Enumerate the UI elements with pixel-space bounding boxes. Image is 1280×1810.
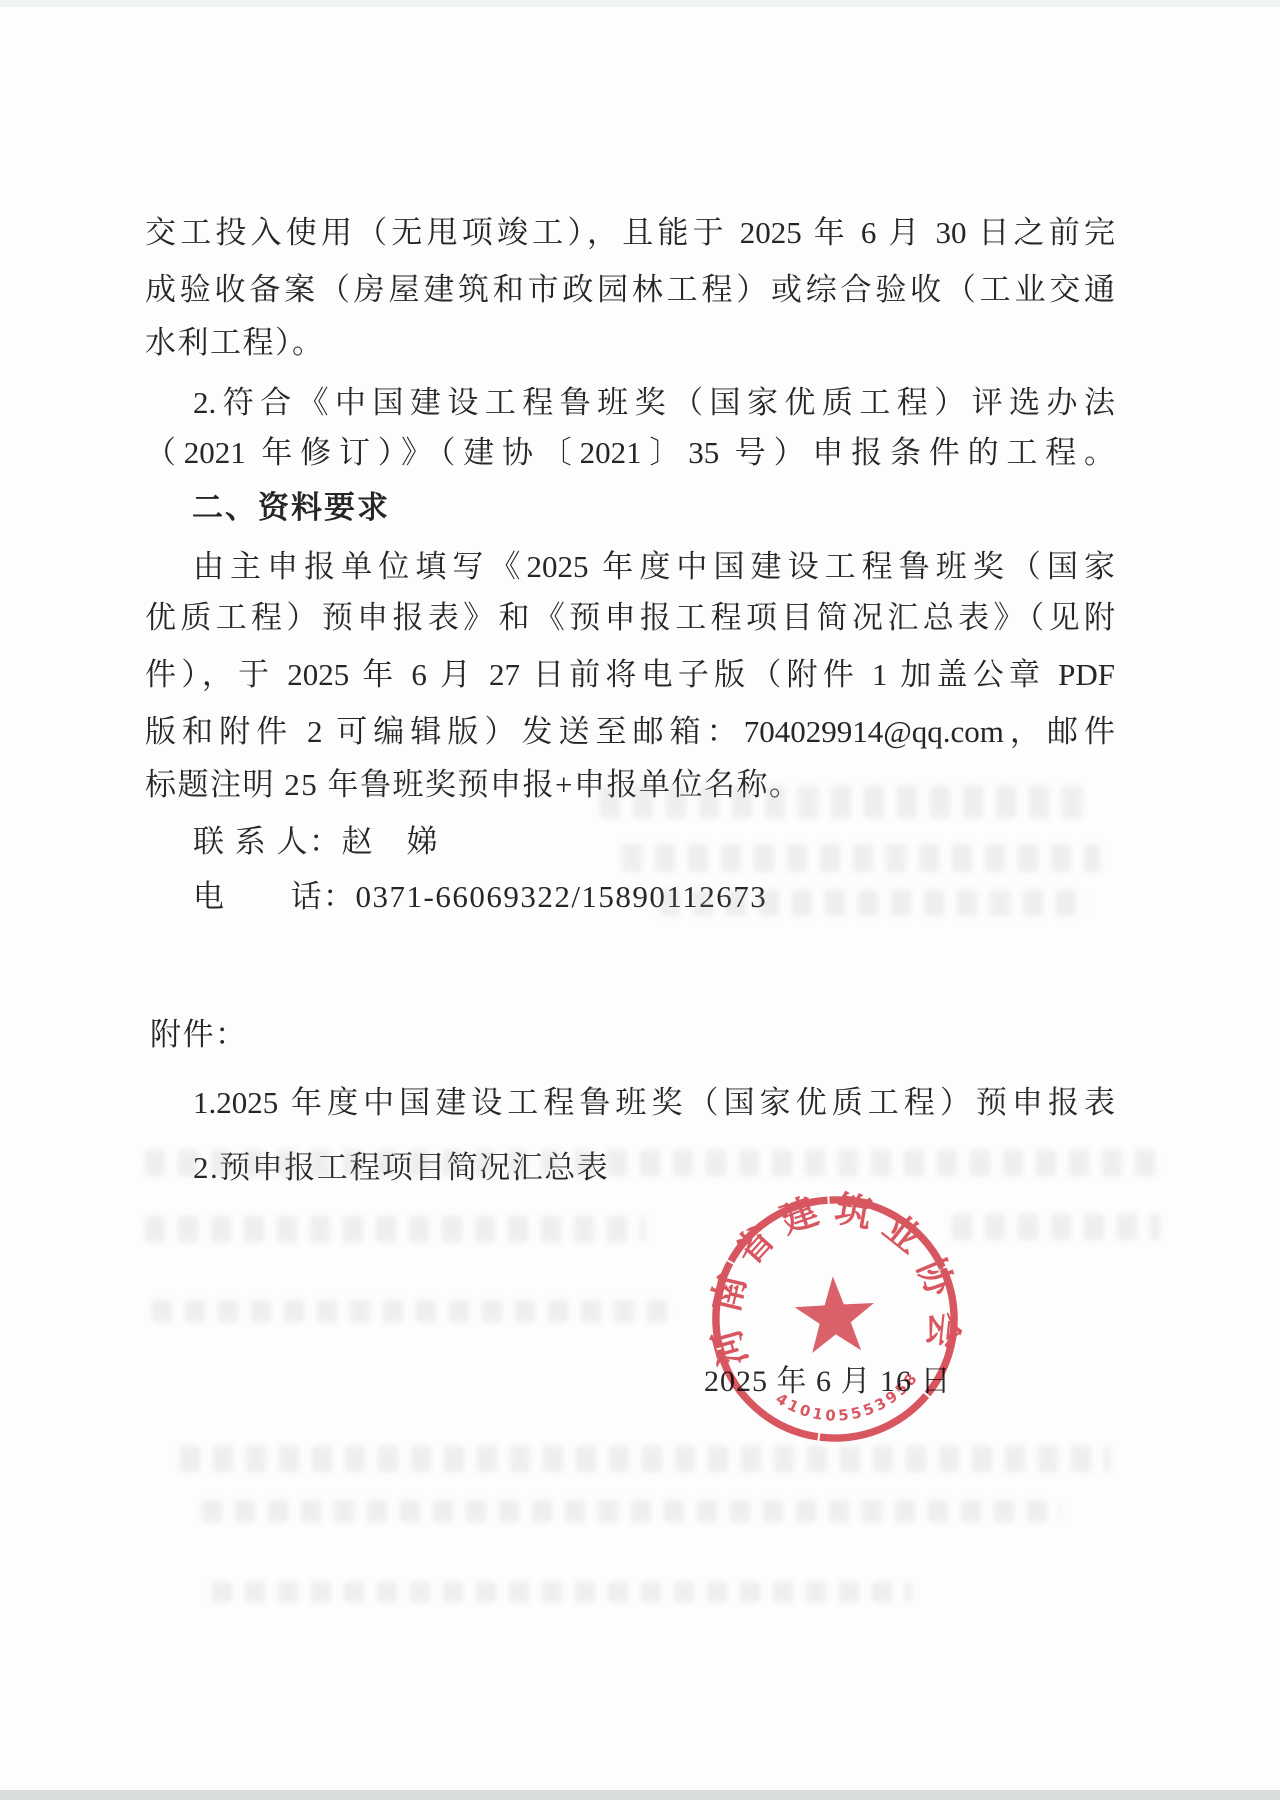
body-line: 2.符合《中国建设工程鲁班奖（国家优质工程）评选办法 (145, 382, 1115, 424)
bleed-through-marks (660, 890, 1090, 916)
body-line: 由主申报单位填写《2025 年度中国建设工程鲁班奖（国家 (145, 546, 1115, 588)
body-line: 件），于 2025 年 6 月 27 日前将电子版（附件 1 加盖公章 PDF (145, 654, 1115, 696)
body-line: 成验收备案（房屋建筑和市政园林工程）或综合验收（工业交通 (145, 269, 1115, 311)
page-bottom-margin (0, 1800, 1280, 1810)
attachments-heading: 附件： (150, 1014, 1120, 1056)
bleed-through-marks (600, 786, 1092, 818)
bleed-through-marks (180, 1446, 1110, 1472)
page-bottom-edge (0, 1790, 1280, 1800)
body-line: 交工投入使用（无甩项竣工），且能于 2025 年 6 月 30 日之前完 (145, 212, 1115, 254)
official-seal: 河南省建筑业协会 4101055539582 (699, 1183, 970, 1454)
body-line: 版和附件 2 可编辑版）发送至邮箱：704029914@qq.com，邮件 (145, 711, 1115, 753)
bleed-through-marks (952, 1214, 1160, 1240)
bleed-through-marks (145, 1150, 1155, 1176)
contact-phone-label: 电 话： (193, 879, 356, 914)
svg-text:河南省建筑业协会: 河南省建筑业协会 (699, 1183, 967, 1371)
page-top-edge (0, 0, 1280, 7)
bleed-through-marks (622, 844, 1100, 872)
section-heading: 二、资料要求 (192, 487, 1162, 529)
body-line: 优质工程）预申报表》和《预申报工程项目简况汇总表》（见附 (145, 597, 1115, 639)
bleed-through-marks (212, 1582, 912, 1602)
contact-person-name: 赵 娣 (342, 824, 440, 859)
seal-star-icon (793, 1274, 876, 1353)
scanned-notice-page: 交工投入使用（无甩项竣工），且能于 2025 年 6 月 30 日之前完 成验收… (0, 0, 1280, 1810)
contact-person-label: 联 系 人： (193, 824, 342, 859)
seal-organization-text: 河南省建筑业协会 (699, 1183, 967, 1371)
bleed-through-marks (152, 1300, 672, 1322)
body-line: （2021 年修订）》（建协〔2021〕35 号）申报条件的工程。 (145, 432, 1115, 474)
bleed-through-marks (202, 1500, 1062, 1522)
attachment-item: 1.2025 年度中国建设工程鲁班奖（国家优质工程）预申报表 (145, 1082, 1115, 1124)
body-line: 水利工程）。 (145, 322, 1115, 364)
bleed-through-marks (145, 1216, 645, 1242)
